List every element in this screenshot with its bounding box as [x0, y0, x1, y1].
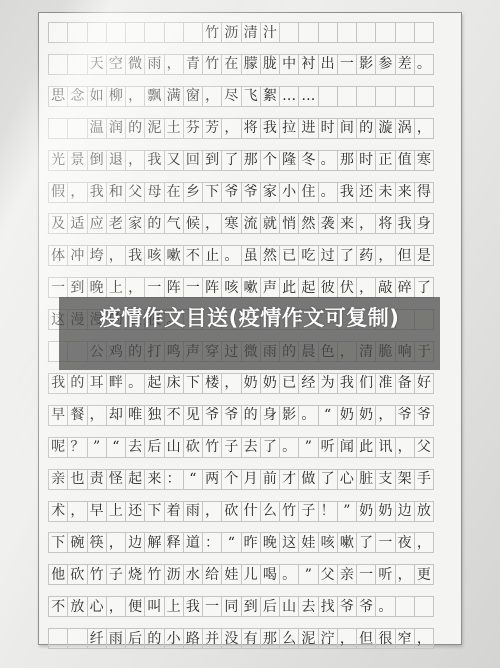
grid-cell: 阵 — [164, 277, 184, 298]
grid-cell — [395, 22, 415, 43]
grid-cell: 爷 — [202, 405, 222, 426]
grid-cell: 的 — [67, 373, 87, 394]
grid-cell: 嗽 — [241, 277, 261, 298]
grid-cell: ： — [164, 469, 184, 490]
grid-cell: 但 — [395, 245, 415, 266]
grid-cell: 来 — [144, 469, 164, 490]
grid-cell: 么 — [260, 501, 280, 522]
grid-cell: 。 — [318, 182, 338, 203]
grid-cell: 朦 — [241, 54, 261, 75]
grid-cell: 吃 — [298, 245, 318, 266]
grid-cell: 到 — [67, 277, 87, 298]
grid-cell: “ — [106, 437, 126, 458]
grid-cell: 悄 — [279, 213, 299, 234]
grid-cell: 爷 — [221, 182, 241, 203]
grid-cell: 听 — [318, 437, 338, 458]
grid-cell: 讯 — [375, 437, 395, 458]
grid-cell: 畔 — [106, 373, 126, 394]
grid-cell: 竹 — [87, 564, 107, 585]
grid-cell: 一 — [375, 532, 395, 553]
grid-cell: 雨 — [183, 501, 203, 522]
grid-cell: 好 — [414, 373, 434, 394]
grid-cell: 一 — [144, 277, 164, 298]
grid-row: 假，我和父母在乡下爷爷家小住。我还未来得 — [48, 182, 434, 203]
grid-cell: 应 — [87, 213, 107, 234]
grid-cell: 闻 — [337, 437, 357, 458]
grid-cell: 那 — [241, 150, 261, 171]
grid-cell: 到 — [241, 596, 261, 617]
grid-cell: ， — [202, 86, 222, 107]
grid-cell — [48, 628, 68, 649]
grid-cell: ， — [106, 245, 126, 266]
grid-cell: 母 — [144, 182, 164, 203]
grid-cell: 咳 — [318, 532, 338, 553]
grid-cell: 乡 — [183, 182, 203, 203]
grid-cell: 后 — [144, 437, 164, 458]
grid-cell: 胧 — [260, 54, 280, 75]
grid-cell: 一 — [202, 596, 222, 617]
grid-cell: 爷 — [337, 596, 357, 617]
grid-cell — [67, 22, 87, 43]
grid-cell: 的 — [241, 405, 261, 426]
grid-cell: … — [279, 86, 299, 107]
grid-cell — [414, 596, 434, 617]
grid-cell: 月 — [241, 469, 261, 490]
grid-cell: 后 — [125, 628, 145, 649]
grid-cell: 过 — [318, 245, 338, 266]
grid-cell: ， — [67, 501, 87, 522]
grid-cell: ， — [356, 213, 376, 234]
grid-cell: 爷 — [395, 405, 415, 426]
grid-row: 我的耳畔。起床下楼，奶奶已经为我们准备好 — [48, 373, 434, 394]
grid-cell: 去 — [298, 596, 318, 617]
grid-cell: 隆 — [279, 150, 299, 171]
grid-cell: 我 — [48, 373, 68, 394]
grid-cell — [356, 86, 376, 107]
grid-cell: 然 — [298, 213, 318, 234]
grid-cell: 如 — [87, 86, 107, 107]
grid-cell: 术 — [48, 501, 68, 522]
grid-cell: 泥 — [298, 628, 318, 649]
grid-row: 下碗筷，边解释道：“昨晚这娃咳嗽了一夜， — [48, 532, 434, 553]
grid-cell: 退 — [106, 150, 126, 171]
grid-cell: 此 — [356, 437, 376, 458]
grid-cell: 温 — [87, 118, 107, 139]
grid-cell: ” — [298, 564, 318, 585]
grid-cell: 在 — [221, 54, 241, 75]
grid-cell: 来 — [395, 182, 415, 203]
grid-cell: ， — [414, 118, 434, 139]
grid-cell: 在 — [164, 182, 184, 203]
grid-cell: 后 — [260, 596, 280, 617]
grid-cell: 更 — [414, 564, 434, 585]
grid-cell: 山 — [279, 596, 299, 617]
grid-cell: 咳 — [144, 245, 164, 266]
grid-cell: 两 — [202, 469, 222, 490]
grid-cell: 也 — [67, 469, 87, 490]
grid-row: 纤雨后的小路并没有那么泥泞，但很窄， — [48, 628, 434, 649]
grid-cell: 父 — [414, 437, 434, 458]
grid-cell: 是 — [414, 245, 434, 266]
grid-cell: 和 — [106, 182, 126, 203]
grid-cell: 爷 — [356, 596, 376, 617]
grid-cell: 这 — [279, 532, 299, 553]
grid-cell — [337, 86, 357, 107]
grid-cell — [144, 22, 164, 43]
grid-cell: 正 — [375, 150, 395, 171]
grid-cell: 一 — [337, 54, 357, 75]
grid-cell: ， — [125, 86, 145, 107]
grid-cell: 满 — [164, 86, 184, 107]
grid-cell: 芬 — [183, 118, 203, 139]
grid-cell: 解 — [144, 532, 164, 553]
grid-cell — [183, 22, 203, 43]
grid-cell: 。 — [414, 54, 434, 75]
grid-cell: 那 — [260, 628, 280, 649]
grid-cell: 上 — [106, 277, 126, 298]
grid-cell: 身 — [414, 213, 434, 234]
grid-cell: ， — [356, 277, 376, 298]
grid-cell: 住 — [298, 182, 318, 203]
grid-cell: 才 — [279, 469, 299, 490]
grid-cell: 砍 — [183, 437, 203, 458]
grid-cell: 竹 — [202, 54, 222, 75]
grid-cell: 心 — [87, 596, 107, 617]
grid-cell: 怪 — [106, 469, 126, 490]
grid-cell: 竹 — [144, 564, 164, 585]
grid-cell: 那 — [337, 150, 357, 171]
grid-row: 一到晚上，一阵一阵咳嗽声此起彼伏，敲碎了 — [48, 277, 434, 298]
grid-cell — [87, 22, 107, 43]
grid-cell: 中 — [279, 54, 299, 75]
grid-cell: 竹 — [202, 437, 222, 458]
grid-cell: 清 — [241, 22, 261, 43]
grid-cell: 一 — [183, 277, 203, 298]
grid-cell: 思 — [48, 86, 68, 107]
grid-cell: 有 — [241, 628, 261, 649]
grid-row: 亲也责怪起来：“两个月前才做了心脏支架手 — [48, 469, 434, 490]
grid-cell: 冲 — [67, 245, 87, 266]
grid-cell: 不 — [164, 405, 184, 426]
grid-cell: “ — [221, 532, 241, 553]
grid-cell: 子 — [298, 501, 318, 522]
grid-cell — [125, 22, 145, 43]
grid-cell: ， — [87, 405, 107, 426]
grid-cell: 见 — [183, 405, 203, 426]
grid-cell: 垮 — [87, 245, 107, 266]
grid-cell: 路 — [183, 628, 203, 649]
grid-cell: ， — [337, 628, 357, 649]
grid-cell: 此 — [279, 277, 299, 298]
grid-cell: 下 — [48, 532, 68, 553]
grid-cell: 还 — [125, 501, 145, 522]
grid-cell: 的 — [125, 118, 145, 139]
grid-cell: 奶 — [375, 501, 395, 522]
grid-cell: 了 — [356, 532, 376, 553]
grid-cell: 寒 — [414, 150, 434, 171]
grid-cell: 我 — [337, 182, 357, 203]
grid-cell: 烧 — [125, 564, 145, 585]
grid-cell — [67, 118, 87, 139]
grid-cell: 影 — [279, 405, 299, 426]
grid-cell: 回 — [183, 150, 203, 171]
grid-cell: 尽 — [221, 86, 241, 107]
grid-cell: ， — [106, 596, 126, 617]
grid-cell: 影 — [356, 54, 376, 75]
grid-cell: 筷 — [87, 532, 107, 553]
grid-cell: 亲 — [48, 469, 68, 490]
grid-cell: 将 — [375, 213, 395, 234]
grid-cell: “ — [183, 469, 203, 490]
grid-cell: 就 — [260, 213, 280, 234]
grid-cell: 了 — [221, 150, 241, 171]
grid-cell: 我 — [395, 213, 415, 234]
grid-cell: 未 — [375, 182, 395, 203]
grid-cell: 倒 — [87, 150, 107, 171]
grid-cell: 奶 — [356, 405, 376, 426]
grid-cell: 没 — [221, 628, 241, 649]
grid-cell: 假 — [48, 182, 68, 203]
grid-cell — [298, 22, 318, 43]
grid-cell: 雨 — [106, 628, 126, 649]
grid-row: 体冲垮，我咳嗽不止。虽然已吃过了药，但是 — [48, 245, 434, 266]
grid-cell: 了 — [337, 245, 357, 266]
grid-cell: ， — [375, 245, 395, 266]
grid-cell: 架 — [395, 469, 415, 490]
grid-cell: 气 — [164, 213, 184, 234]
grid-cell: 放 — [67, 596, 87, 617]
grid-cell: 做 — [298, 469, 318, 490]
grid-cell: 支 — [375, 469, 395, 490]
grid-row: 温润的泥土芬芳，将我拉进时间的漩涡， — [48, 118, 434, 139]
grid-cell: 我 — [337, 373, 357, 394]
grid-cell: 我 — [183, 596, 203, 617]
grid-cell: 沥 — [164, 564, 184, 585]
grid-cell: 流 — [241, 213, 261, 234]
grid-cell: 景 — [67, 150, 87, 171]
grid-cell: 进 — [298, 118, 318, 139]
grid-cell: ， — [106, 532, 126, 553]
grid-cell: 奶 — [260, 373, 280, 394]
grid-cell: 山 — [164, 437, 184, 458]
grid-cell: 床 — [164, 373, 184, 394]
grid-cell: 竹 — [279, 501, 299, 522]
grid-row: 天空微雨，青竹在朦胧中衬出一影参差。 — [48, 54, 434, 75]
grid-cell — [395, 86, 415, 107]
grid-cell: 家 — [125, 213, 145, 234]
grid-cell: 什 — [241, 501, 261, 522]
grid-cell: 来 — [337, 213, 357, 234]
grid-cell: 然 — [260, 245, 280, 266]
grid-cell: 及 — [48, 213, 68, 234]
grid-cell: 声 — [260, 277, 280, 298]
grid-cell: 润 — [106, 118, 126, 139]
grid-cell: 体 — [48, 245, 68, 266]
grid-cell: 又 — [164, 150, 184, 171]
grid-cell: ， — [164, 54, 184, 75]
grid-cell: 嗽 — [337, 532, 357, 553]
grid-cell: 的 — [356, 118, 376, 139]
grid-cell: 伏 — [337, 277, 357, 298]
grid-cell: 一 — [356, 564, 376, 585]
grid-cell: ， — [202, 501, 222, 522]
grid-cell: 起 — [144, 373, 164, 394]
grid-cell: ， — [125, 150, 145, 171]
grid-cell: 碎 — [395, 277, 415, 298]
grid-cell — [356, 22, 376, 43]
grid-cell: 身 — [260, 405, 280, 426]
grid-cell: 餐 — [67, 405, 87, 426]
grid-cell: 老 — [106, 213, 126, 234]
grid-cell — [48, 118, 68, 139]
grid-cell: 咳 — [221, 277, 241, 298]
grid-cell: 释 — [164, 532, 184, 553]
grid-cell: 去 — [241, 437, 261, 458]
grid-cell: 冬 — [298, 150, 318, 171]
grid-cell: 窄 — [395, 628, 415, 649]
grid-cell: 空 — [106, 54, 126, 75]
grid-cell: 脏 — [356, 469, 376, 490]
grid-cell: 纤 — [87, 628, 107, 649]
grid-cell: 亲 — [337, 564, 357, 585]
grid-cell: 心 — [337, 469, 357, 490]
grid-cell: 竹 — [202, 22, 222, 43]
grid-cell: 爷 — [414, 405, 434, 426]
grid-cell: 着 — [164, 501, 184, 522]
grid-cell: 家 — [260, 182, 280, 203]
grid-cell: 父 — [318, 564, 338, 585]
grid-cell: 他 — [48, 564, 68, 585]
grid-cell: 念 — [67, 86, 87, 107]
grid-cell: 小 — [164, 628, 184, 649]
grid-cell: 奶 — [241, 373, 261, 394]
grid-cell: 奶 — [337, 405, 357, 426]
grid-cell: 了 — [414, 277, 434, 298]
grid-cell: 父 — [125, 182, 145, 203]
grid-cell: 碗 — [67, 532, 87, 553]
grid-cell: 道 — [183, 532, 203, 553]
grid-cell: 得 — [414, 182, 434, 203]
grid-cell: 早 — [48, 405, 68, 426]
grid-cell: 昨 — [241, 532, 261, 553]
grid-cell: 寒 — [221, 213, 241, 234]
grid-cell: … — [298, 86, 318, 107]
grid-cell: 准 — [375, 373, 395, 394]
grid-cell: 袭 — [318, 213, 338, 234]
grid-cell — [67, 628, 87, 649]
grid-cell — [67, 54, 87, 75]
grid-cell: ？ — [67, 437, 87, 458]
grid-cell: 我 — [260, 118, 280, 139]
grid-cell: 了 — [260, 437, 280, 458]
grid-cell — [337, 22, 357, 43]
grid-cell: 很 — [375, 628, 395, 649]
grid-cell: 听 — [375, 564, 395, 585]
grid-cell: 柳 — [106, 86, 126, 107]
grid-cell — [318, 22, 338, 43]
grid-cell: ” — [87, 437, 107, 458]
grid-cell: 泞 — [318, 628, 338, 649]
grid-cell: 参 — [375, 54, 395, 75]
grid-cell: 给 — [202, 564, 222, 585]
grid-cell: 子 — [221, 437, 241, 458]
grid-cell: 时 — [356, 150, 376, 171]
grid-cell: ” — [337, 501, 357, 522]
grid-cell: 已 — [279, 245, 299, 266]
grid-cell: 娃 — [298, 532, 318, 553]
grid-cell: 不 — [183, 245, 203, 266]
grid-cell: 么 — [279, 628, 299, 649]
grid-cell: 了 — [318, 469, 338, 490]
grid-row: 他砍竹子烧竹沥水给娃儿喝。”父亲一听，更 — [48, 564, 434, 585]
grid-cell: 拉 — [279, 118, 299, 139]
grid-cell: 土 — [164, 118, 184, 139]
grid-cell — [414, 22, 434, 43]
grid-cell: 个 — [260, 150, 280, 171]
grid-cell: 耳 — [87, 373, 107, 394]
grid-cell: ， — [67, 182, 87, 203]
grid-cell: 衬 — [298, 54, 318, 75]
grid-cell: 便 — [125, 596, 145, 617]
grid-cell: 叫 — [144, 596, 164, 617]
grid-cell: 备 — [395, 373, 415, 394]
grid-cell: ， — [221, 373, 241, 394]
grid-cell: 阵 — [202, 277, 222, 298]
grid-cell: 责 — [87, 469, 107, 490]
grid-cell: 却 — [106, 405, 126, 426]
grid-cell: ， — [125, 277, 145, 298]
grid-cell: 我 — [144, 150, 164, 171]
grid-cell: 微 — [125, 54, 145, 75]
grid-cell: 水 — [183, 564, 203, 585]
grid-cell: 一 — [48, 277, 68, 298]
grid-cell: 喝 — [260, 564, 280, 585]
grid-cell: 前 — [260, 469, 280, 490]
grid-cell: 已 — [279, 373, 299, 394]
grid-cell: 下 — [144, 501, 164, 522]
grid-cell: 们 — [356, 373, 376, 394]
grid-cell: 同 — [221, 596, 241, 617]
grid-cell: 夜 — [395, 532, 415, 553]
grid-cell: 值 — [395, 150, 415, 171]
grid-cell — [414, 86, 434, 107]
grid-row: 思念如柳，飘满窗，尽飞絮…… — [48, 86, 434, 107]
grid-cell: ， — [395, 437, 415, 458]
grid-cell: 将 — [241, 118, 261, 139]
grid-cell: 。 — [279, 564, 299, 585]
grid-cell: 不 — [48, 596, 68, 617]
grid-cell: 爷 — [221, 405, 241, 426]
grid-cell: 的 — [144, 213, 164, 234]
grid-cell: 嗽 — [164, 245, 184, 266]
grid-cell: 起 — [125, 469, 145, 490]
grid-cell: 止 — [202, 245, 222, 266]
grid-cell: 并 — [202, 628, 222, 649]
grid-cell: 间 — [337, 118, 357, 139]
grid-row: 不放心，便叫上我一同到后山去找爷爷。 — [48, 596, 434, 617]
grid-cell: 去 — [125, 437, 145, 458]
grid-cell: 楼 — [202, 373, 222, 394]
grid-cell: 下 — [202, 182, 222, 203]
grid-cell: 但 — [356, 628, 376, 649]
grid-cell: 雨 — [144, 54, 164, 75]
grid-cell: 边 — [125, 532, 145, 553]
grid-row: 光景倒退，我又回到了那个隆冬。那时正值寒 — [48, 150, 434, 171]
title-overlay-banner: 疫情作文目送(疫情作文可复制) — [59, 297, 440, 370]
grid-cell: 天 — [87, 54, 107, 75]
grid-cell: 放 — [414, 501, 434, 522]
grid-cell: 候 — [183, 213, 203, 234]
